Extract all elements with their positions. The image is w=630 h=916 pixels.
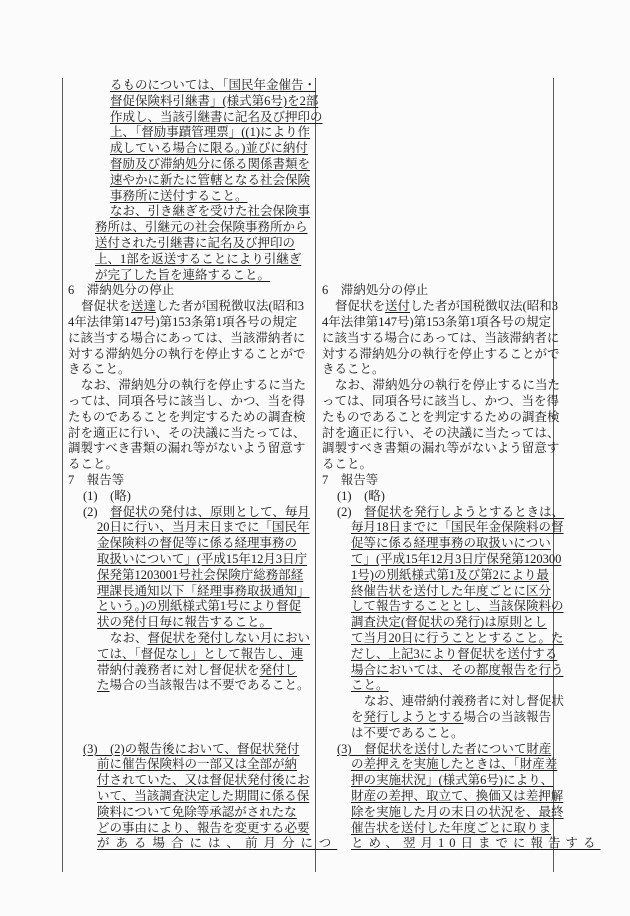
text-line: 帯納付義務者に対し督促状を発付し bbox=[68, 663, 314, 679]
table-border-middle bbox=[315, 78, 316, 872]
text-line: 討を適正に行い、その決議に当たっては、 bbox=[68, 426, 314, 442]
revised-text-segment: 務所は、引継元の社会保険事務所から bbox=[95, 220, 308, 234]
revised-text-segment: 20日に行い、当月末日までに「国民年 bbox=[97, 520, 310, 534]
text-line: っては、同項各号に該当し、かつ、当を得 bbox=[322, 394, 552, 410]
revised-text-segment: 送付 bbox=[385, 299, 410, 313]
revised-text-segment: 発付し bbox=[260, 663, 298, 677]
text-line: 除を実施した月の末日の状況を、最終 bbox=[322, 805, 552, 821]
text-line: (2) 督促状の発付は、原則として、毎月 bbox=[68, 505, 314, 521]
text-line bbox=[68, 726, 314, 742]
text-line: なお、滞納処分の執行を停止するに当た bbox=[322, 378, 552, 394]
text-line: は不要であること。 bbox=[322, 726, 552, 742]
table-border-left bbox=[62, 78, 63, 872]
text-segment: たものであることを判定するための調査検 bbox=[68, 410, 306, 424]
text-segment: 督促状を bbox=[81, 299, 131, 313]
revised-text-segment: 上、「督励事蹟管理票」((1)により作 bbox=[110, 125, 310, 139]
text-line: 終催告状を送付した年度ごとに区分 bbox=[322, 584, 552, 600]
text-segment: なお、滞納処分の執行を停止するに当た bbox=[335, 378, 560, 392]
text-segment: なお、連帯納付義務者に対し督促状 bbox=[364, 694, 564, 708]
text-line: に該当する場合にあっては、当該滞納者に bbox=[68, 331, 314, 347]
text-line: 促等に係る経理事務の取扱いについ bbox=[322, 536, 552, 552]
revised-text-segment: が完了した旨を連絡すること。 bbox=[95, 268, 270, 282]
text-line: っては、同項各号に該当し、かつ、当を得 bbox=[68, 394, 314, 410]
revised-text-segment: ては、「督促なし」として報告し、連 bbox=[97, 647, 303, 661]
text-line: なお、滞納処分の執行を停止するに当た bbox=[68, 378, 314, 394]
text-line: 理課長通知以下「経理事務取扱通知」 bbox=[68, 584, 314, 600]
text-segment: (1) (略) bbox=[337, 489, 385, 503]
text-line: ては、「督促なし」として報告し、連 bbox=[68, 647, 314, 663]
text-segment: なお、 bbox=[110, 631, 148, 645]
revised-text-segment: 促等に係る経理事務の取扱いについ bbox=[351, 536, 551, 550]
revised-text-segment: 前に催告保険料の一部又は全部が納 bbox=[97, 757, 297, 771]
revised-text-segment: 場合においては、その都度報告を行う bbox=[351, 663, 564, 677]
text-line: 20日に行い、当月末日までに「国民年 bbox=[68, 520, 314, 536]
text-line: 上、「督励事蹟管理票」((1)により作 bbox=[68, 125, 314, 141]
text-line: 督促状を送付した者が国税徴収法(昭和3 bbox=[322, 299, 552, 315]
text-segment: 6 滞納処分の停止 bbox=[68, 283, 174, 297]
text-segment: (2) bbox=[337, 505, 364, 519]
revised-text-segment: という。)の別紙様式第1号により督促 bbox=[97, 599, 301, 613]
text-line: を発行しようとする場合の当該報告 bbox=[322, 710, 552, 726]
revised-text-segment: て」(平成15年12月3日庁保発第120300 bbox=[351, 552, 561, 566]
text-line: なお、引き継ぎを受けた社会保険事 bbox=[68, 204, 314, 220]
text-line: 取扱いについて」(平成15年12月3日庁 bbox=[68, 552, 314, 568]
text-segment: っては、同項各号に該当し、かつ、当を得 bbox=[322, 394, 559, 408]
text-line: 毎月18日までに「国民年金保険料の督 bbox=[322, 520, 552, 536]
text-segment: 帯納付義務者に対し督促状を bbox=[97, 663, 260, 677]
text-segment: っては、同項各号に該当し、かつ、当を得 bbox=[68, 394, 305, 408]
revised-text-segment: 除を実施した月の末日の状況を、最終 bbox=[351, 805, 564, 819]
text-line: ること。 bbox=[68, 457, 314, 473]
text-segment: (1) (略) bbox=[83, 489, 131, 503]
text-line: 調製すべき書類の漏れ等がないよう留意す bbox=[68, 441, 314, 457]
column-right-previous-text: 6 滞納処分の停止督促状を送付した者が国税徴収法(昭和34年法律第147号)第1… bbox=[322, 78, 552, 872]
text-segment: は不要であること。 bbox=[351, 726, 464, 740]
text-line: (3) (2)の報告後において、督促状発付 bbox=[68, 742, 314, 758]
text-line: がある場合には、前月分につ bbox=[68, 836, 314, 852]
revised-text-segment: 1号)の別紙様式第1及び第2により最 bbox=[351, 568, 549, 582]
revised-text-segment: 調査決定(督促状の発行)は原則とし bbox=[351, 615, 547, 629]
revised-text-segment: 取扱いについて」(平成15年12月3日庁 bbox=[97, 552, 307, 566]
column-left-revised-text: るものについては、「国民年金催告・督促保険料引継書」(様式第6号)を2部作成し、… bbox=[68, 78, 314, 872]
text-line: 保発第1203001号社会保険庁総務部経 bbox=[68, 568, 314, 584]
text-line: どの事由により、報告を変更する必要 bbox=[68, 821, 314, 837]
revised-text-segment: 財産の差押、取立て、換価又は差押解 bbox=[351, 789, 563, 803]
text-line bbox=[68, 694, 314, 710]
text-line: 討を適正に行い、その決議に当たっては、 bbox=[322, 426, 552, 442]
revised-text-segment: 理課長通知以下「経理事務取扱通知」 bbox=[97, 584, 310, 598]
revised-text-segment: して報告することとし、当該保険料の bbox=[351, 599, 564, 613]
revised-text-segment: 毎月18日までに「国民年金保険料の督 bbox=[351, 520, 564, 534]
text-line: (1) (略) bbox=[322, 489, 552, 505]
revised-text-segment: どの事由により、報告を変更する必要 bbox=[97, 821, 310, 835]
text-line: 1号)の別紙様式第1及び第2により最 bbox=[322, 568, 552, 584]
text-line: 7 報告等 bbox=[68, 473, 314, 489]
text-segment: した者が国税徴収法(昭和3 bbox=[410, 299, 558, 313]
revised-text-segment: 金保険料の督促等に係る経理事務の bbox=[97, 536, 297, 550]
text-line: た場合の当該報告は不要であること。 bbox=[68, 678, 314, 694]
text-line: 金保険料の督促等に係る経理事務の bbox=[68, 536, 314, 552]
text-line: の差押えを実施したときは、「財産差 bbox=[322, 757, 552, 773]
revised-text-segment: 督促状の発付は、原則として、毎月 bbox=[110, 505, 310, 519]
revised-text-segment: とめ、翌月10日までに報告する bbox=[351, 836, 601, 850]
text-segment: 調製すべき書類の漏れ等がないよう留意す bbox=[322, 441, 559, 455]
text-line: 状の発付日毎に報告すること。 bbox=[68, 615, 314, 631]
text-line: 作成し、当該引継書に記名及び押印の bbox=[68, 110, 314, 126]
text-line: (3) 督促状を送付した者について財産 bbox=[322, 742, 552, 758]
text-segment: 7 報告等 bbox=[322, 473, 378, 487]
text-segment: 対する滞納処分の執行を停止することがで bbox=[68, 347, 306, 361]
text-line: 場合においては、その都度報告を行う bbox=[322, 663, 552, 679]
text-segment: 6 滞納処分の停止 bbox=[322, 283, 428, 297]
text-line: 6 滞納処分の停止 bbox=[322, 283, 552, 299]
text-line: 険料について免除等承認がされたな bbox=[68, 805, 314, 821]
text-line: たものであることを判定するための調査検 bbox=[322, 410, 552, 426]
table-border-right bbox=[553, 78, 554, 872]
revised-text-segment: 終催告状を送付した年度ごとに区分 bbox=[351, 584, 551, 598]
revised-text-segment: 催告状を送付した年度ごとに取りま bbox=[351, 821, 551, 835]
text-segment: 対する滞納処分の執行を停止することがで bbox=[322, 347, 560, 361]
revised-text-segment: がある場合には、前月分につ bbox=[97, 836, 337, 850]
revised-text-segment: 作成し、当該引継書に記名及び押印の bbox=[110, 110, 323, 124]
revised-text-segment: いて、当該調査決定した期間に係る保 bbox=[97, 789, 309, 803]
revised-text-segment: 押の実施状況」(様式第6号)により、 bbox=[351, 773, 553, 787]
text-line: 4年法律第147号)第153条第1項各号の規定 bbox=[322, 315, 552, 331]
text-line: 送付された引継書に記名及び押印の bbox=[68, 236, 314, 252]
text-line: 督促保険料引継書」(様式第6号)を2部 bbox=[68, 94, 314, 110]
text-line: 督促状を送達した者が国税徴収法(昭和3 bbox=[68, 299, 314, 315]
text-line: 事務所に送付すること。 bbox=[68, 189, 314, 205]
text-segment: 討を適正に行い、その決議に当たっては、 bbox=[322, 426, 560, 440]
revised-text-segment: 督促状を発行しようとするときは、 bbox=[364, 505, 564, 519]
revised-text-segment: 成している場合に限る。)並びに納付 bbox=[110, 141, 308, 155]
revised-text-segment: 状の発付日毎に報告すること。 bbox=[97, 615, 272, 629]
text-segment: 4年法律第147号)第153条第1項各号の規定 bbox=[322, 315, 551, 329]
revised-text-segment: て当月20日に行うこととすること。た bbox=[351, 631, 564, 645]
text-line: という。)の別紙様式第1号により督促 bbox=[68, 599, 314, 615]
text-line: が完了した旨を連絡すること。 bbox=[68, 268, 314, 284]
text-line: に該当する場合にあっては、当該滞納者に bbox=[322, 331, 552, 347]
text-segment: 7 報告等 bbox=[68, 473, 124, 487]
revised-text-segment: 速やかに新たに管轄となる社会保険 bbox=[110, 173, 310, 187]
text-segment: 4年法律第147号)第153条第1項各号の規定 bbox=[68, 315, 297, 329]
revised-text-segment: 険料について免除等承認がされたな bbox=[97, 805, 297, 819]
revised-text-segment: 督励及び滞納処分に係る関係書類を bbox=[110, 157, 310, 171]
text-line: いて、当該調査決定した期間に係る保 bbox=[68, 789, 314, 805]
text-line: きること。 bbox=[322, 362, 552, 378]
text-line: なお、督促状を発付しない月におい bbox=[68, 631, 314, 647]
text-line: て当月20日に行うこととすること。た bbox=[322, 631, 552, 647]
text-segment: に該当する場合にあっては、当該滞納者に bbox=[68, 331, 305, 345]
text-segment: 場合の当該報告 bbox=[464, 710, 552, 724]
document-page: るものについては、「国民年金催告・督促保険料引継書」(様式第6号)を2部作成し、… bbox=[0, 0, 630, 916]
revised-text-segment: るものについては、「国民年金催告・ bbox=[110, 78, 316, 92]
text-segment: に該当する場合にあっては、当該滞納者に bbox=[322, 331, 559, 345]
revised-text-segment: だし、上記3により督促状を送付する bbox=[351, 647, 557, 661]
revised-text-segment: 送付された引継書に記名及び押印の bbox=[95, 236, 295, 250]
text-segment: なお、滞納処分の執行を停止するに当た bbox=[81, 378, 306, 392]
text-line: 調製すべき書類の漏れ等がないよう留意す bbox=[322, 441, 552, 457]
revised-text-segment: こと。 bbox=[351, 678, 389, 692]
revised-text-segment: 督促保険料引継書」(様式第6号)を2部 bbox=[110, 94, 318, 108]
text-line: 速やかに新たに管轄となる社会保険 bbox=[68, 173, 314, 189]
text-line: こと。 bbox=[322, 678, 552, 694]
text-segment: きること。 bbox=[322, 362, 385, 376]
text-segment: きること。 bbox=[68, 362, 131, 376]
text-line: (2) 督促状を発行しようとするときは、 bbox=[322, 505, 552, 521]
text-line: 督励及び滞納処分に係る関係書類を bbox=[68, 157, 314, 173]
text-segment: 討を適正に行い、その決議に当たっては、 bbox=[68, 426, 306, 440]
revised-text-segment: なお、引き継ぎを受けた社会保険事 bbox=[110, 204, 310, 218]
text-segment: した者が国税徴収法(昭和3 bbox=[156, 299, 304, 313]
text-line: 前に催告保険料の一部又は全部が納 bbox=[68, 757, 314, 773]
revised-text-segment: (3) (2)の報告後において、督促状発付 bbox=[83, 742, 299, 756]
text-line: 対する滞納処分の執行を停止することがで bbox=[68, 347, 314, 363]
text-segment: ること。 bbox=[68, 457, 118, 471]
text-line: 催告状を送付した年度ごとに取りま bbox=[322, 821, 552, 837]
text-line: 上、1部を返送することにより引継ぎ bbox=[68, 252, 314, 268]
revised-text-segment: 事務所に送付すること。 bbox=[110, 189, 248, 203]
revised-text-segment: 督促状を発付しない月におい bbox=[148, 631, 311, 645]
text-line: 調査決定(督促状の発行)は原則とし bbox=[322, 615, 552, 631]
revised-text-segment: 送達 bbox=[131, 299, 156, 313]
text-line: 4年法律第147号)第153条第1項各号の規定 bbox=[68, 315, 314, 331]
text-line: だし、上記3により督促状を送付する bbox=[322, 647, 552, 663]
text-line: ること。 bbox=[322, 457, 552, 473]
text-line: 6 滞納処分の停止 bbox=[68, 283, 314, 299]
revised-text-segment: た bbox=[97, 678, 110, 692]
text-segment: 調製すべき書類の漏れ等がないよう留意す bbox=[68, 441, 305, 455]
text-segment: 督促状を bbox=[335, 299, 385, 313]
text-segment: たものであることを判定するための調査検 bbox=[322, 410, 560, 424]
text-line: たものであることを判定するための調査検 bbox=[68, 410, 314, 426]
revised-text-segment: 付されていた、又は督促状発付後にお bbox=[97, 773, 310, 787]
text-line: 7 報告等 bbox=[322, 473, 552, 489]
revised-text-segment: 発行しようとする bbox=[364, 710, 464, 724]
text-line: (1) (略) bbox=[68, 489, 314, 505]
text-line: 務所は、引継元の社会保険事務所から bbox=[68, 220, 314, 236]
text-line: 対する滞納処分の執行を停止することがで bbox=[322, 347, 552, 363]
text-line: なお、連帯納付義務者に対し督促状 bbox=[322, 694, 552, 710]
text-segment: ること。 bbox=[322, 457, 372, 471]
revised-text-segment: 保発第1203001号社会保険庁総務部経 bbox=[97, 568, 303, 582]
text-line: 財産の差押、取立て、換価又は差押解 bbox=[322, 789, 552, 805]
text-segment: を bbox=[351, 710, 364, 724]
text-line: して報告することとし、当該保険料の bbox=[322, 599, 552, 615]
text-line: るものについては、「国民年金催告・ bbox=[68, 78, 314, 94]
text-line: 押の実施状況」(様式第6号)により、 bbox=[322, 773, 552, 789]
revised-text-segment: 上、1部を返送することにより引継ぎ bbox=[95, 252, 301, 266]
text-line: 付されていた、又は督促状発付後にお bbox=[68, 773, 314, 789]
text-line: 成している場合に限る。)並びに納付 bbox=[68, 141, 314, 157]
revised-text-segment: (3) 督促状を送付した者について財産 bbox=[337, 742, 551, 756]
text-line: て」(平成15年12月3日庁保発第120300 bbox=[322, 552, 552, 568]
text-line: きること。 bbox=[68, 362, 314, 378]
text-segment: (2) bbox=[83, 505, 110, 519]
revised-text-segment: の差押えを実施したときは、「財産差 bbox=[351, 757, 557, 771]
text-segment: 場合の当該報告は不要であること。 bbox=[110, 678, 310, 692]
text-line bbox=[68, 710, 314, 726]
text-line: とめ、翌月10日までに報告する bbox=[322, 836, 552, 852]
